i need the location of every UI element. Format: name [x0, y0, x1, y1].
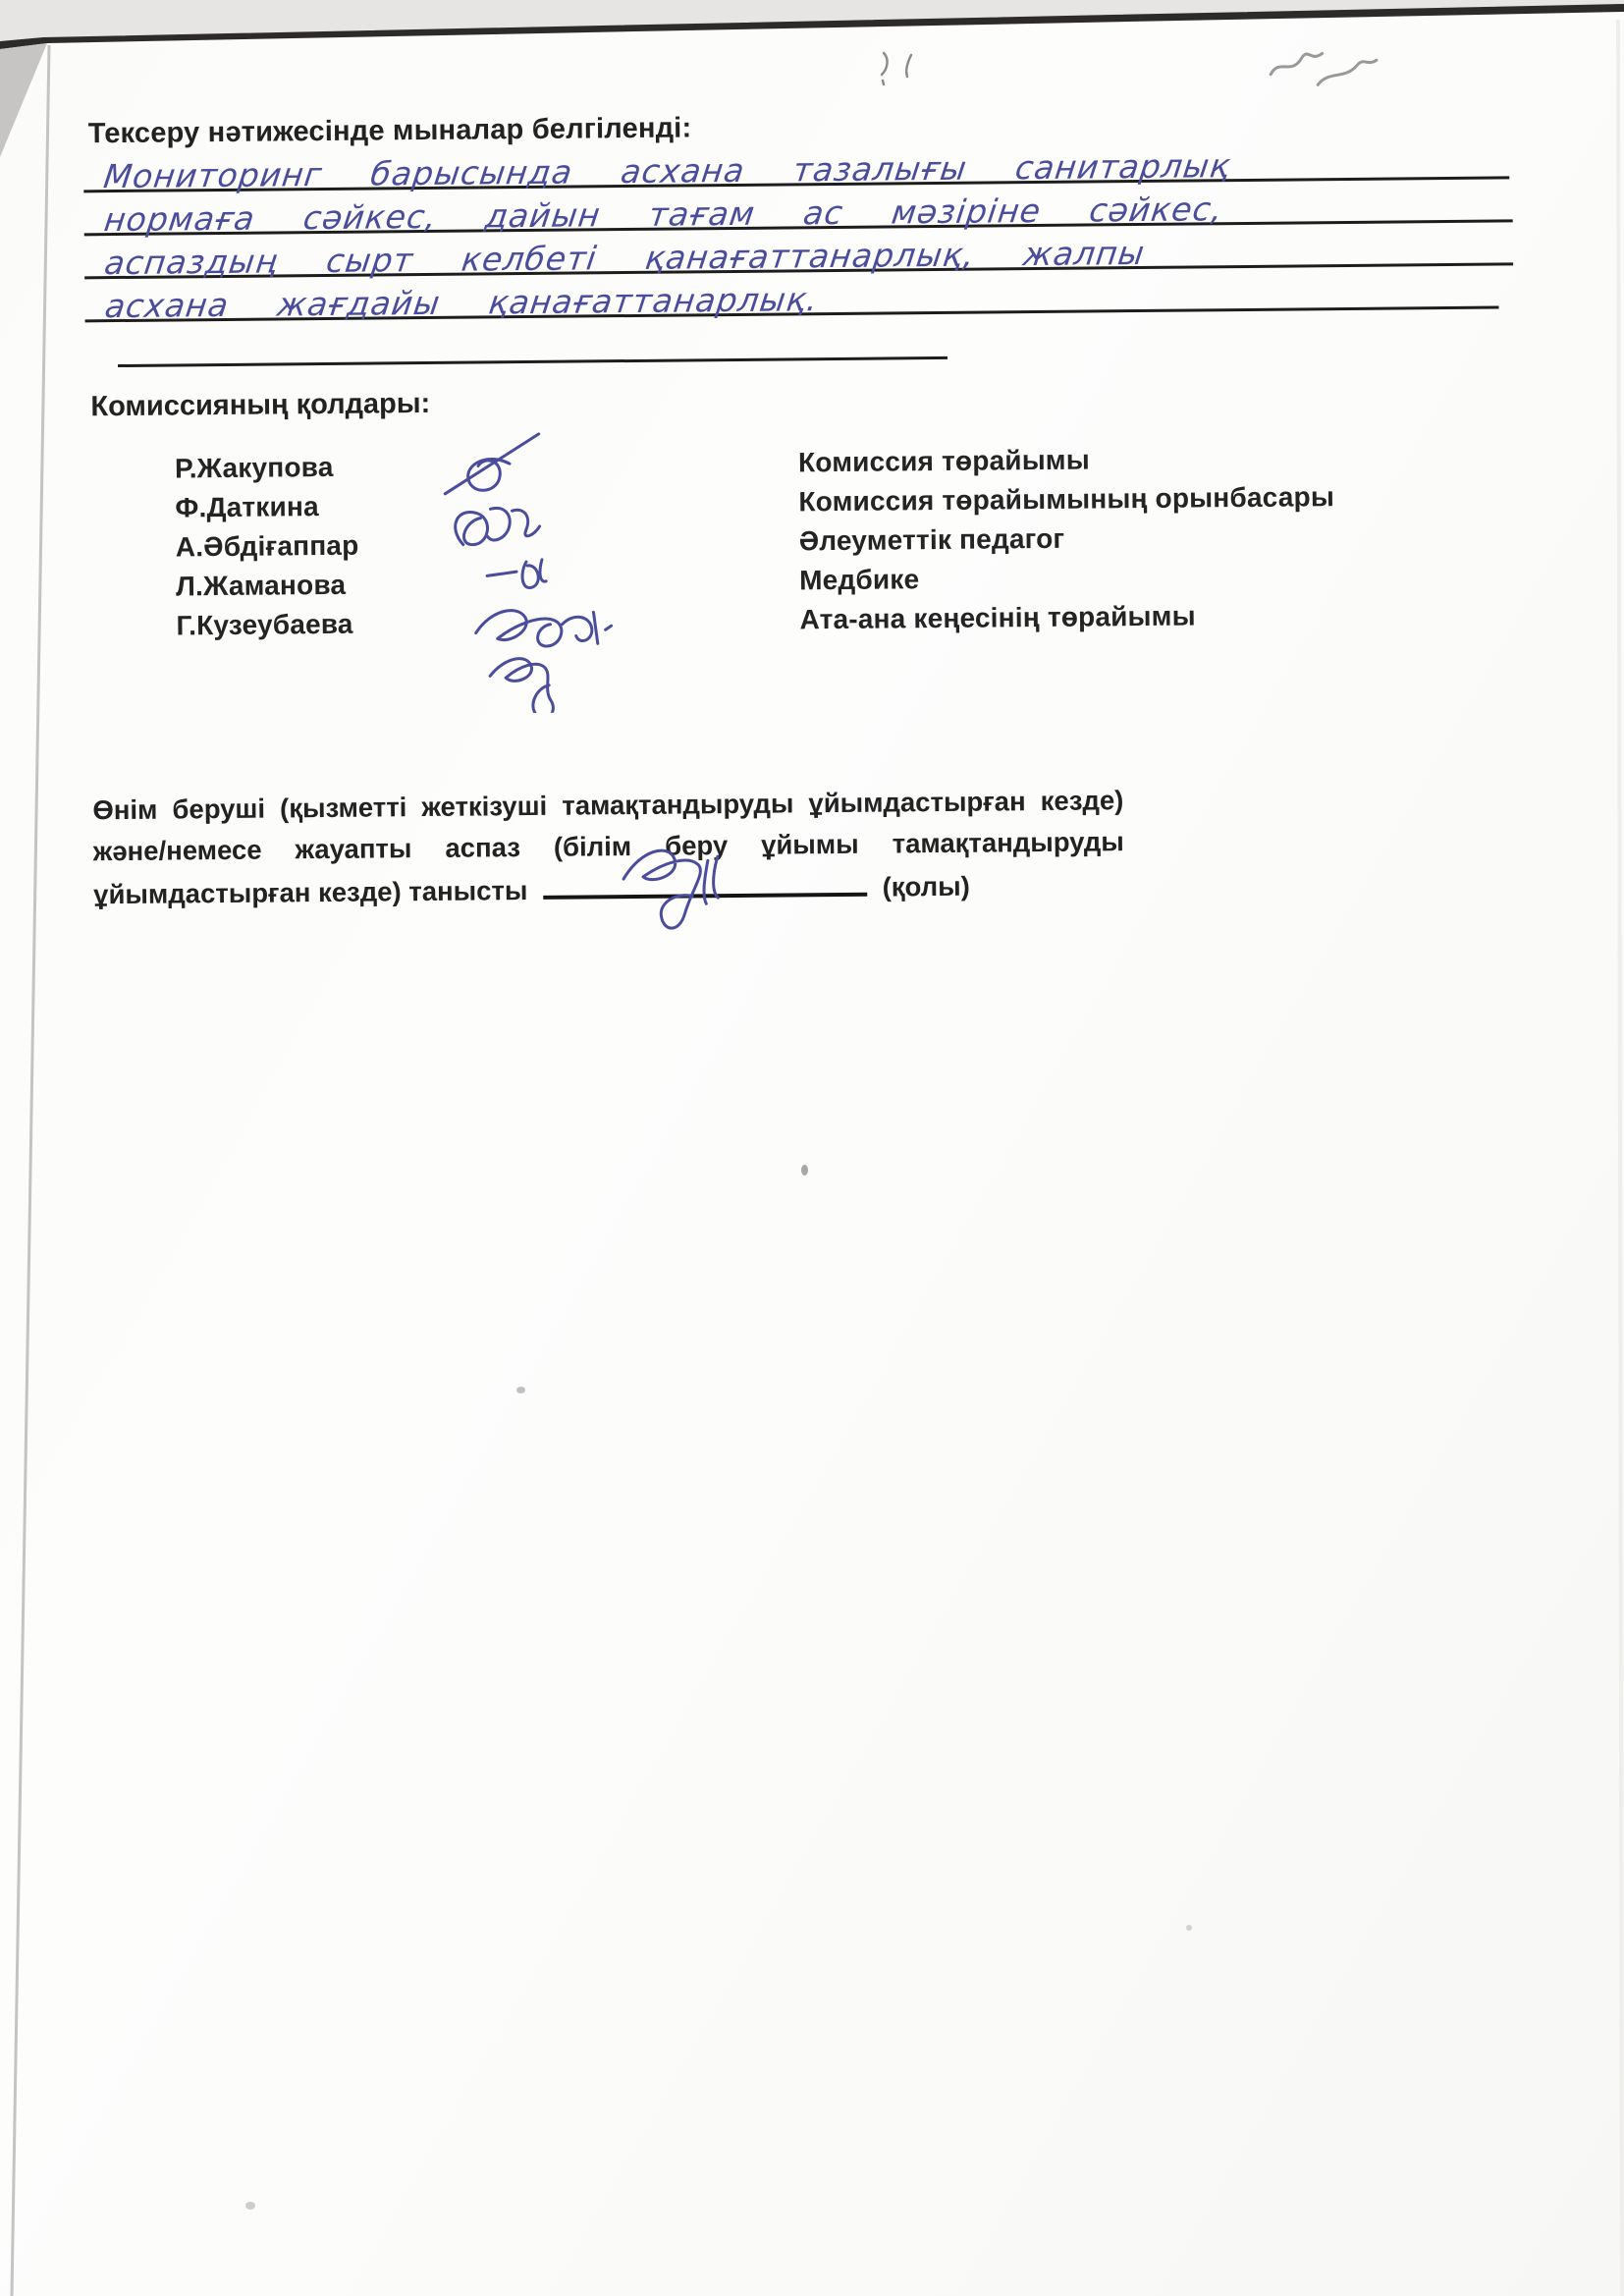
signature-kuzeubaeva	[490, 658, 554, 714]
member-name: А.Әбдіғаппар	[176, 530, 359, 564]
member-name: Л.Жаманова	[176, 570, 346, 603]
stray-pen-marks	[872, 47, 931, 96]
member-role: Ата-ана кеңесінің төрайымы	[799, 600, 1195, 635]
signature-abdigappar	[487, 560, 546, 588]
stray-tick-mark	[906, 55, 911, 77]
member-role: Әлеуметтік педагог	[799, 523, 1065, 558]
scanned-document-page: Тексеру нәтижесінде мыналар белгіленді: …	[0, 0, 1624, 2296]
scan-speck	[516, 1387, 525, 1394]
supplier-signature-stroke	[623, 850, 719, 929]
member-name: Р.Жакупова	[175, 452, 334, 485]
scan-speck	[801, 1165, 808, 1175]
scan-speck	[1186, 1925, 1192, 1931]
stray-question-mark	[882, 53, 888, 84]
commission-ink-signatures	[415, 416, 742, 714]
member-name: Г.Кузеубаева	[176, 609, 352, 642]
member-name: Ф.Даткина	[175, 491, 319, 523]
scan-speck	[245, 2202, 255, 2210]
commission-heading: Комиссияның қолдары:	[90, 388, 430, 423]
signature-datkina	[456, 508, 540, 545]
acknowledgement-signature-label: (қолы)	[883, 871, 970, 902]
acknowledgement-paragraph: Өнім беруші (қызметті жеткізуші тамақтан…	[92, 780, 1124, 915]
member-role: Медбике	[799, 564, 919, 596]
signature-zhamanova	[475, 610, 611, 647]
signature-blank-line	[543, 865, 867, 900]
member-role: Комиссия төрайымының орынбасары	[798, 481, 1334, 518]
ruled-line-empty	[118, 311, 947, 367]
member-role: Комиссия төрайымы	[798, 445, 1090, 479]
page-content: Тексеру нәтижесінде мыналар белгіленді: …	[0, 0, 1624, 2296]
supplier-ink-signature	[601, 804, 788, 934]
pencil-stroke-2	[1315, 58, 1379, 84]
signature-zhakupova	[445, 434, 540, 494]
pencil-stroke-1	[1268, 50, 1324, 75]
